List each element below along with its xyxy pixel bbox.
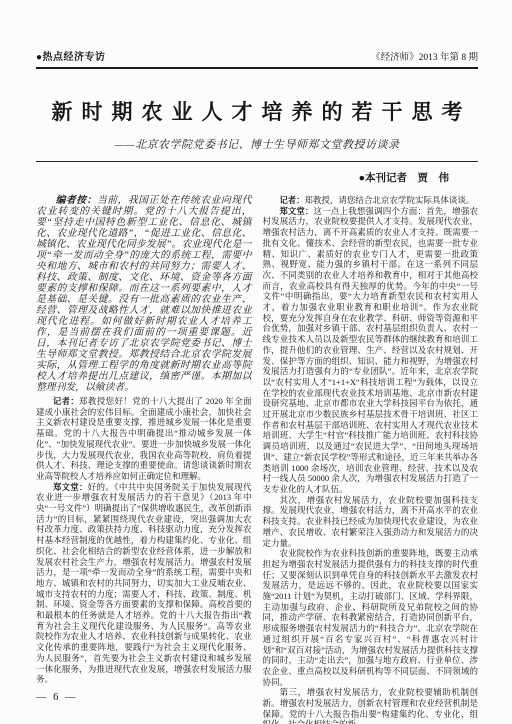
byline: ●本刊记者 贾 伟 — [36, 170, 478, 185]
paragraph-text: 郑教授您好！党的十八大提出了 2020 年全面建成小康社会的宏伟目标。全面建成小… — [36, 396, 252, 481]
interview-answer-continued: 农业院校作为农业科技创新的重要阵地，既要主动承担起为增强农村发展活力提供强有力的… — [263, 548, 479, 687]
page-header: ●热点经济专访 《经济师》2013 年第 8 期 — [36, 48, 478, 63]
journal-page: ●热点经济专访 《经济师》2013 年第 8 期 新时期农业人才培养的若干思考 … — [0, 0, 512, 724]
paragraph-text: 郑教授，请您结合北京农学院实际具体谈谈。 — [304, 195, 474, 205]
header-rule — [36, 67, 478, 69]
section-label: ●热点经济专访 — [36, 48, 106, 63]
subtitle-rule — [36, 161, 478, 162]
interview-question: 记者：郑教授您好！党的十八大提出了 2020 年全面建成小康社会的宏伟目标。全面… — [36, 396, 252, 482]
article-title: 新时期农业人才培养的若干思考 — [36, 96, 478, 126]
page-number: — 6 — — [36, 692, 252, 703]
paragraph-text: 农业院校作为农业科技创新的重要阵地，既要主动承担起为增强农村发展活力提供强有力的… — [263, 548, 479, 686]
left-column: 编者按：当前，我国正处在传统农业向现代农业转变的关键时期。党的十八大报告提出，要… — [36, 195, 252, 724]
article-body: 编者按：当前，我国正处在传统农业向现代农业转变的关键时期。党的十八大报告提出，要… — [36, 195, 478, 724]
paragraph-text: 好的。《中共中央国务院关于加快发展现代农业进一步增强农村发展活力的若干意见》（2… — [36, 482, 252, 685]
editor-note: 编者按：当前，我国正处在传统农业向现代农业转变的关键时期。党的十八大报告提出，要… — [36, 195, 252, 393]
editor-note-text: 当前，我国正处在传统农业向现代农业转变的关键时期。党的十八大报告提出，要“坚持走… — [36, 195, 252, 393]
interview-answer: 郑文堂：好的。《中共中央国务院关于加快发展现代农业进一步增强农村发展活力的若干意… — [36, 482, 252, 685]
journal-issue: 《经济师》2013 年第 8 期 — [371, 49, 478, 63]
speaker-label: 记者： — [53, 396, 79, 406]
right-column: 记者：郑教授，请您结合北京农学院实际具体谈谈。 郑文堂：这一点上我想强调四个方面… — [263, 195, 479, 724]
speaker-label: 记者： — [280, 195, 305, 205]
interview-answer: 郑文堂：这一点上我想强调四个方面：首先，增强农村发展活力，农业院校要提供人才支持… — [263, 206, 479, 495]
speaker-label: 郑文堂： — [280, 206, 314, 216]
interview-question: 记者：郑教授，请您结合北京农学院实际具体谈谈。 — [263, 195, 479, 206]
interview-answer-continued: 其次，增强农村发展活力，农业院校要加强科技支撑。发展现代农业，增强农村活力，离不… — [263, 495, 479, 549]
editor-note-label: 编者按： — [56, 195, 97, 206]
speaker-label: 郑文堂： — [53, 482, 88, 492]
paragraph-text: 其次，增强农村发展活力，农业院校要加强科技支撑。发展现代农业，增强农村活力，离不… — [263, 495, 479, 548]
interview-answer-continued: 第三，增强农村发展活力，农业院校要辅助机制创新。增强农村发展活力，创新农村管理和… — [263, 687, 479, 724]
paragraph-text: 这一点上我想强调四个方面：首先，增强农村发展活力，农业院校要提供人才支持。发展现… — [263, 206, 479, 494]
paragraph-text: 第三，增强农村发展活力，农业院校要辅助机制创新。增强农村发展活力，创新农村管理和… — [263, 687, 479, 724]
article-subtitle: ——北京农学院党委书记、博士生导师郑文堂教授访谈录 — [36, 136, 478, 152]
